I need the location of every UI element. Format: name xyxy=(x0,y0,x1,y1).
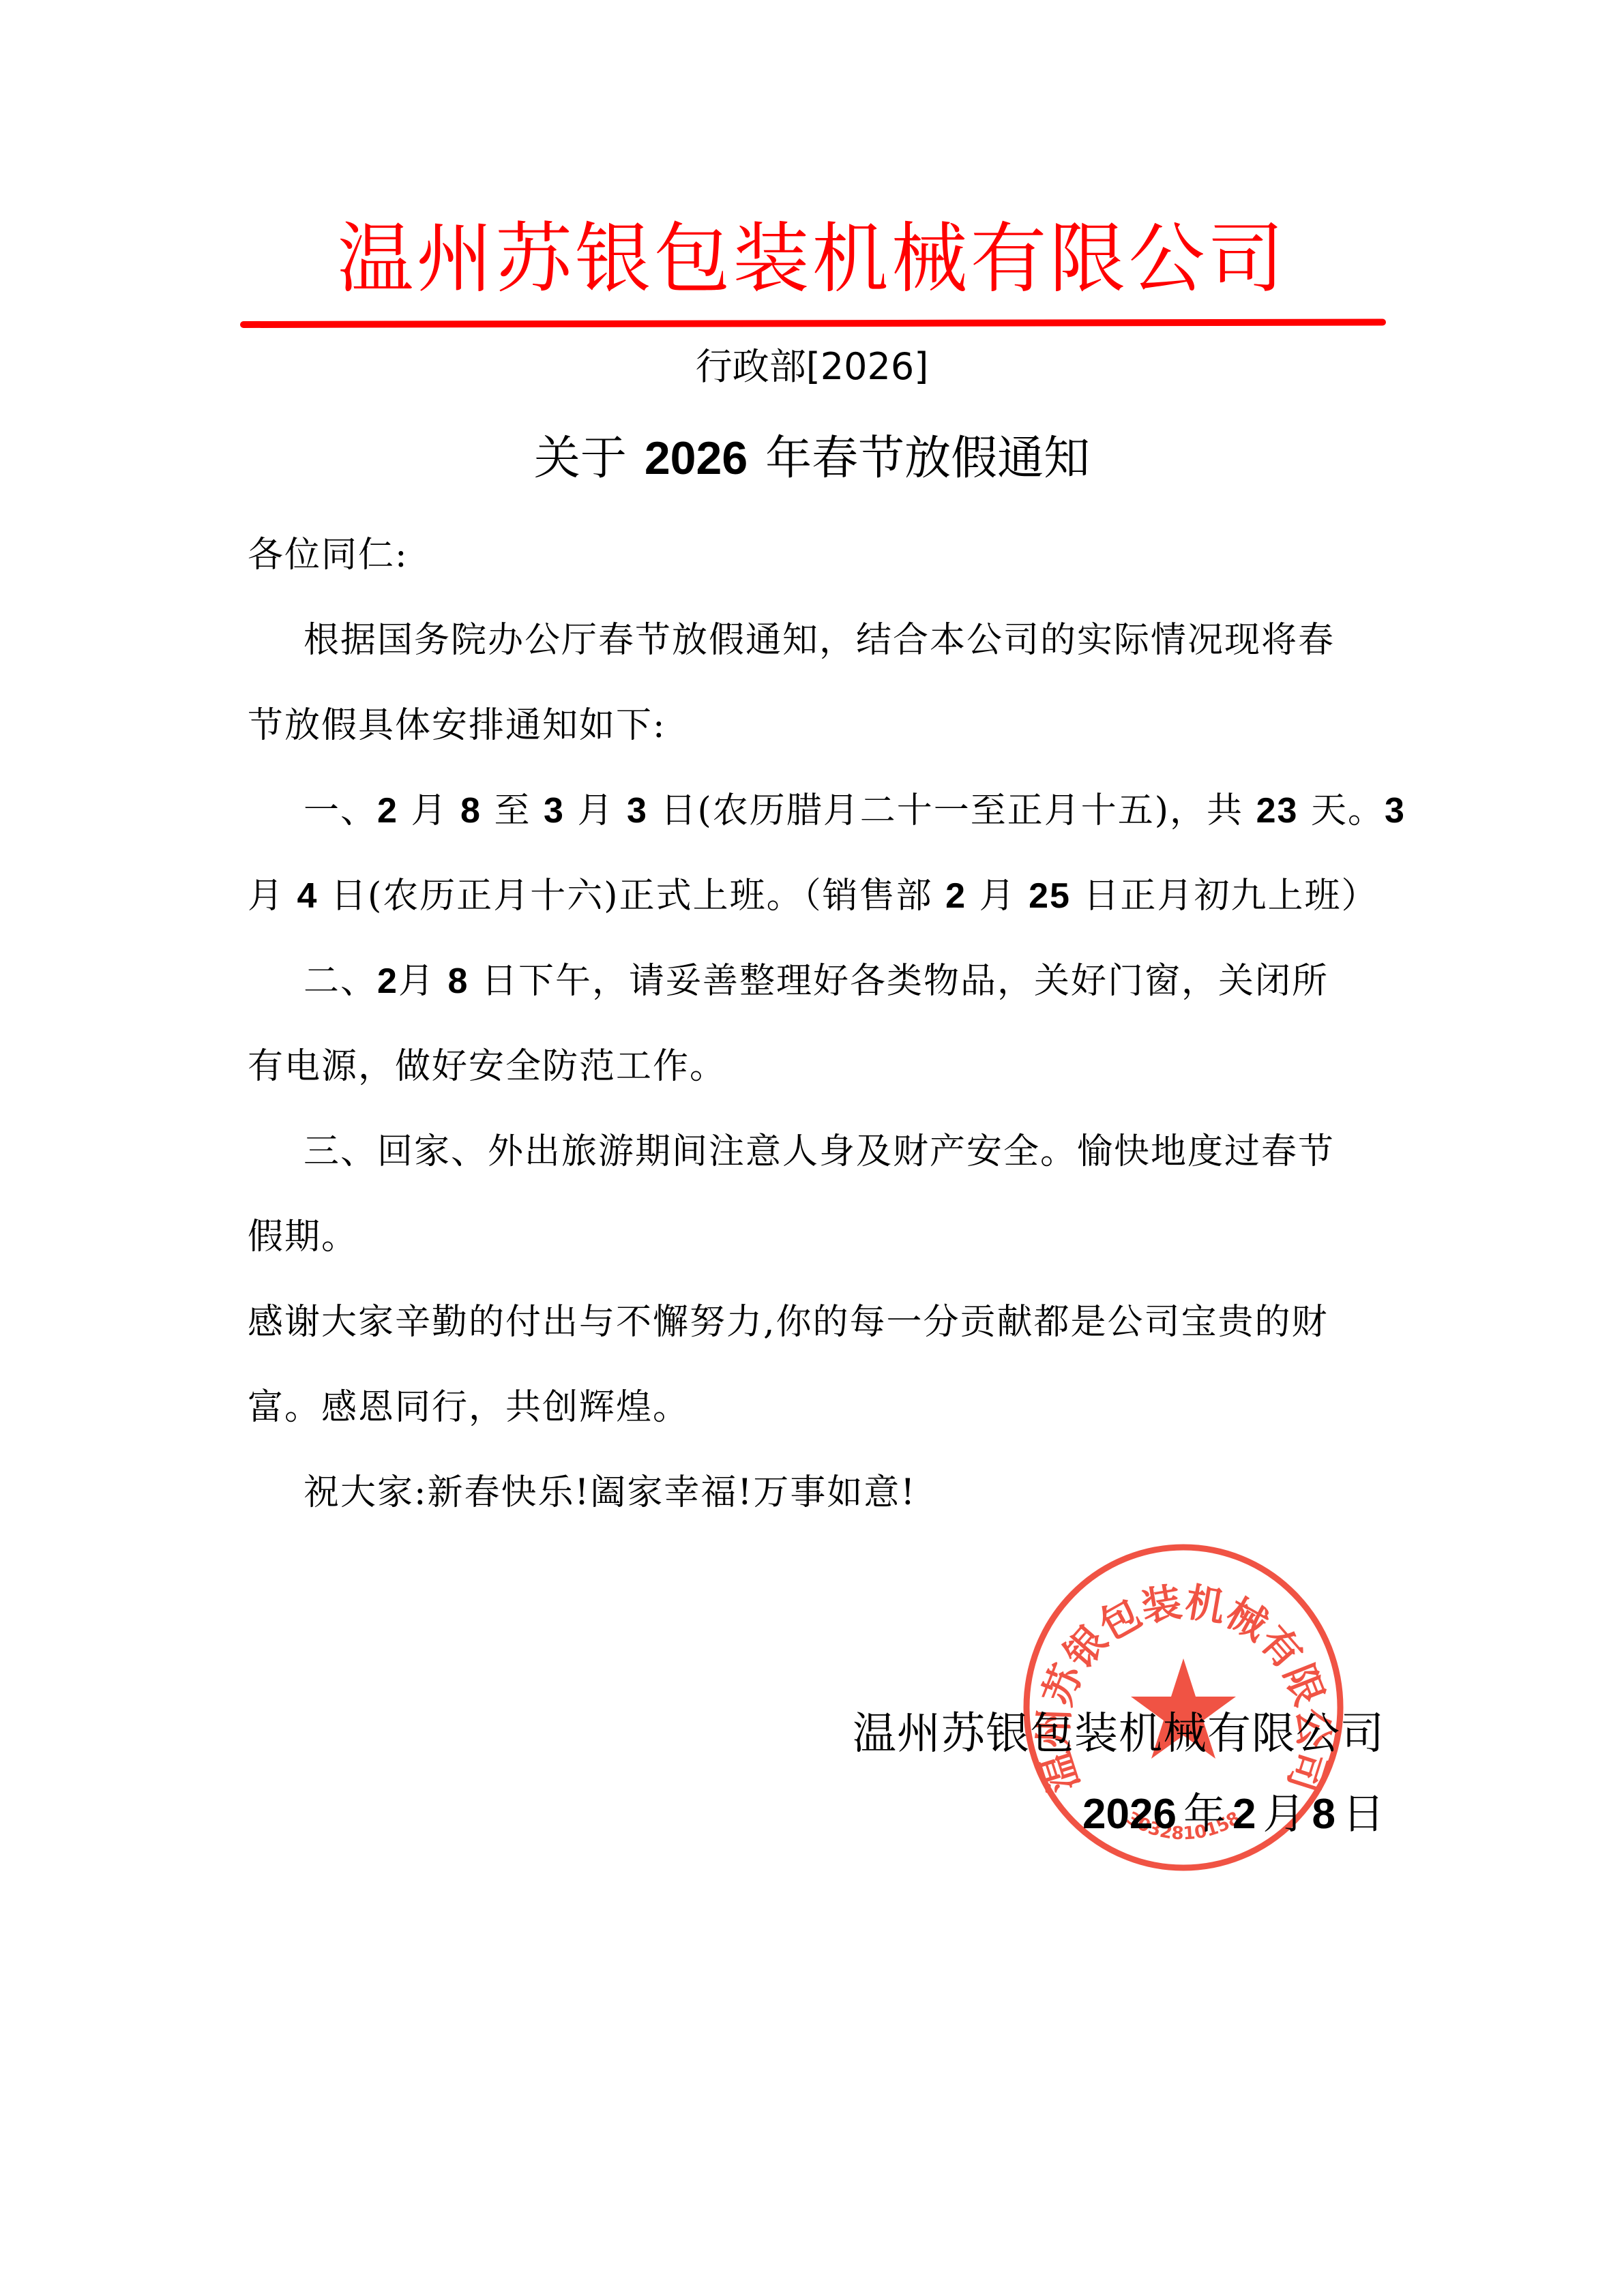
number: 3 xyxy=(544,791,565,831)
text: 月 xyxy=(248,876,284,916)
number: 2 xyxy=(945,876,966,916)
letterhead-red-rule xyxy=(240,318,1386,328)
thanks-line-2: 富。感恩同行，共创辉煌。 xyxy=(248,1365,1380,1450)
item-1-line-2: 月 4 日(农历正月十六)正式上班。（销售部 2 月 25 日正月初九上班） xyxy=(248,854,1380,939)
text: 日正月初九上班） xyxy=(1083,876,1378,916)
notice-title-year: 2026 xyxy=(645,432,748,484)
date-year: 2026 xyxy=(1082,1791,1177,1838)
wishes: 祝大家:新春快乐!阖家幸福!万事如意! xyxy=(248,1450,1380,1536)
text: 一、 xyxy=(304,790,377,831)
number: 8 xyxy=(447,961,469,1001)
number: 25 xyxy=(1029,876,1071,916)
text: 天。 xyxy=(1311,790,1385,831)
date-day: 8 xyxy=(1312,1791,1335,1838)
intro-line-2: 节放假具体安排通知如下: xyxy=(248,683,1380,769)
text: 月 xyxy=(411,790,447,831)
greeting: 各位同仁: xyxy=(248,513,1380,598)
text: 日下午，请妥善整理好各类物品，关好门窗，关闭所 xyxy=(482,961,1329,1002)
date-year-label: 年 xyxy=(1183,1789,1226,1838)
number: 23 xyxy=(1256,791,1299,831)
date-month-label: 月 xyxy=(1263,1789,1305,1838)
number: 2 xyxy=(377,791,398,831)
number: 3 xyxy=(627,791,648,831)
item-3-line-1: 三、回家、外出旅游期间注意人身及财产安全。愉快地度过春节 xyxy=(248,1109,1380,1195)
signature-company-name: 温州苏银包装机械有限公司 xyxy=(784,1703,1385,1765)
number: 2 xyxy=(377,961,398,1001)
doc-number-department: 行政部 xyxy=(696,345,806,388)
item-2-line-1: 二、2月 8 日下午，请妥善整理好各类物品，关好门窗，关闭所 xyxy=(248,939,1380,1024)
signature-date: 2026年2月8日 xyxy=(955,1783,1385,1845)
notice-title-suffix: 年春节放假通知 xyxy=(765,432,1090,486)
number: 3 xyxy=(1385,791,1406,831)
notice-body: 各位同仁: 根据国务院办公厅春节放假通知，结合本公司的实际情况现将春 节放假具体… xyxy=(248,513,1380,1536)
text: 月 xyxy=(398,961,435,1002)
text: 二、 xyxy=(304,961,377,1002)
thanks-line-1: 感谢大家辛勤的付出与不懈努力,你的每一分贡献都是公司宝贵的财 xyxy=(248,1280,1380,1365)
text: 日(农历正月十六)正式上班。（销售部 xyxy=(331,876,933,916)
text: 月 xyxy=(577,790,614,831)
text: 至 xyxy=(494,790,531,831)
text: 月 xyxy=(979,876,1016,916)
item-1-line-1: 一、2 月 8 至 3 月 3 日(农历腊月二十一至正月十五)，共 23 天。3 xyxy=(248,769,1380,854)
notice-title: 关于2026年春节放假通知 xyxy=(0,424,1624,493)
notice-title-prefix: 关于 xyxy=(534,432,627,486)
doc-number-year: [2026] xyxy=(806,345,929,388)
document-number: 行政部[2026] xyxy=(0,340,1624,394)
item-2-line-2: 有电源，做好安全防范工作。 xyxy=(248,1024,1380,1109)
number: 8 xyxy=(460,791,482,831)
intro-line-1: 根据国务院办公厅春节放假通知，结合本公司的实际情况现将春 xyxy=(248,598,1380,683)
number: 4 xyxy=(297,876,319,916)
letterhead-company-name: 温州苏银包装机械有限公司 xyxy=(0,205,1624,314)
date-day-label: 日 xyxy=(1342,1789,1385,1838)
date-month: 2 xyxy=(1232,1791,1256,1838)
text: 日(农历腊月二十一至正月十五)，共 xyxy=(660,790,1243,831)
item-3-line-2: 假期。 xyxy=(248,1195,1380,1280)
